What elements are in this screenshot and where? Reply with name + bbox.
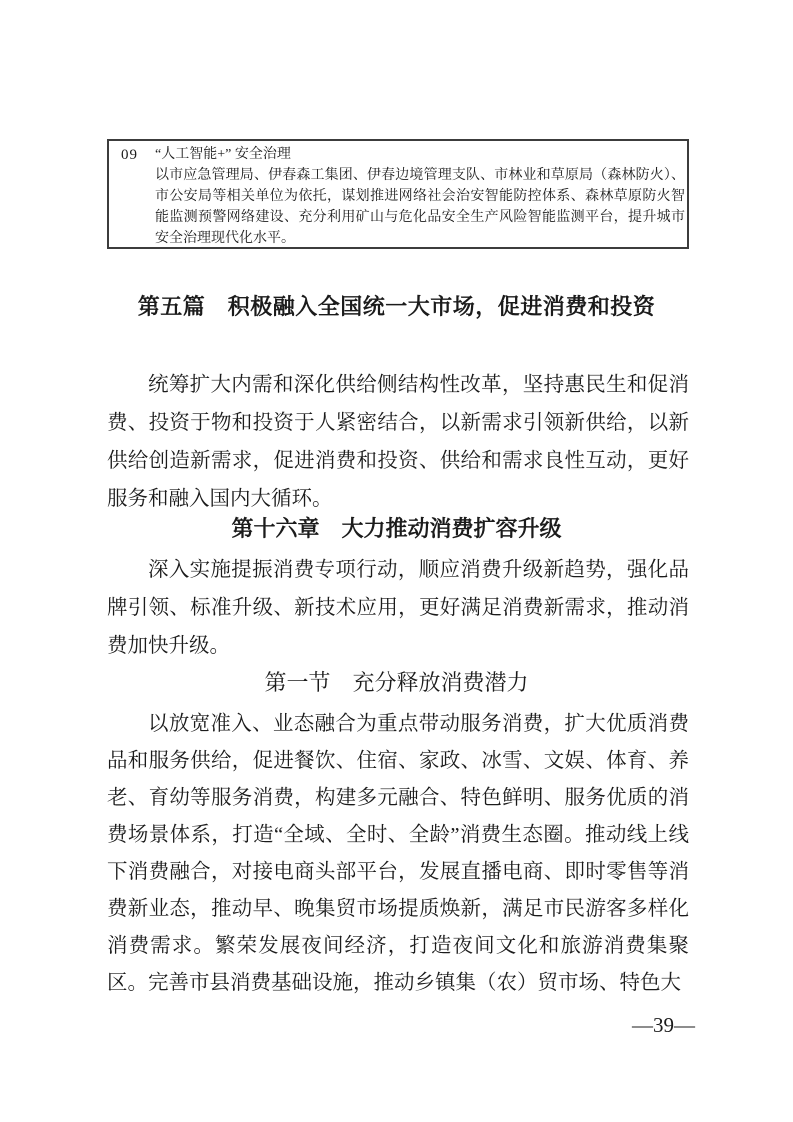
- section-paragraph: 以放宽准入、业态融合为重点带动服务消费，扩大优质消费品和服务供给，促进餐饮、住宿…: [107, 706, 689, 1002]
- info-box-title: “人工智能+” 安全治理: [155, 144, 685, 165]
- chapter-paragraph: 深入实施提振消费专项行动，顺应消费升级新趋势，强化品牌引领、标准升级、新技术应用…: [107, 551, 689, 665]
- section-title: 第一节 充分释放消费潜力: [0, 668, 793, 698]
- info-box-body: 以市应急管理局、伊春森工集团、伊春边境管理支队、市林业和草原局（森林防火）、市公…: [155, 165, 685, 249]
- info-box-content: “人工智能+” 安全治理 以市应急管理局、伊春森工集团、伊春边境管理支队、市林业…: [155, 144, 685, 249]
- intro-paragraph: 统筹扩大内需和深化供给侧结构性改革，坚持惠民生和促消费、投资于物和投资于人紧密结…: [107, 366, 689, 518]
- chapter-title: 第十六章 大力推动消费扩容升级: [0, 514, 793, 544]
- document-page: 09 “人工智能+” 安全治理 以市应急管理局、伊春森工集团、伊春边境管理支队、…: [0, 0, 793, 1122]
- page-number: —39—: [632, 1010, 695, 1040]
- info-box-number: 09: [121, 145, 138, 166]
- part-title: 第五篇 积极融入全国统一大市场，促进消费和投资: [0, 291, 793, 323]
- info-box: 09 “人工智能+” 安全治理 以市应急管理局、伊春森工集团、伊春边境管理支队、…: [107, 139, 689, 249]
